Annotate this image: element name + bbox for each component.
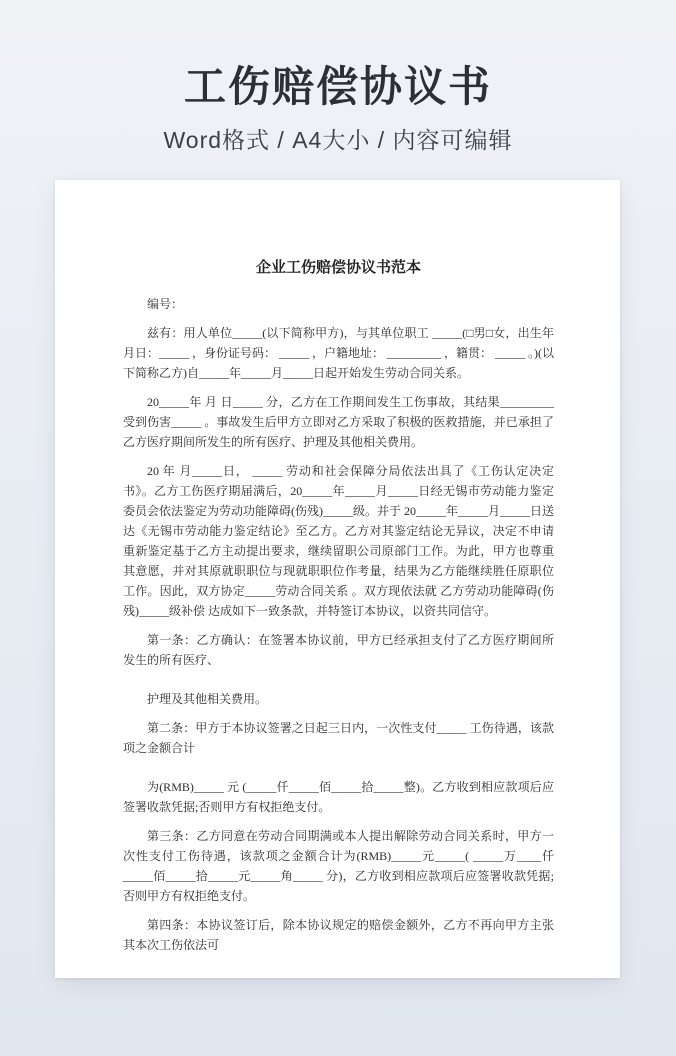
doc-paragraph-article-2-amount: 为(RMB)_____ 元 (_____仟_____佰_____拾_____整)…: [123, 777, 554, 817]
document-page: 企业工伤赔偿协议书范本 编号： 兹有：用人单位_____(以下简称甲方)，与其单…: [55, 180, 620, 978]
doc-heading: 企业工伤赔偿协议书范本: [123, 258, 554, 278]
doc-paragraph-accident: 20_____年 月 日_____ 分，乙方在工作期间发生工伤事故，其结果___…: [123, 392, 554, 452]
doc-paragraph-article-1: 第一条：乙方确认：在签署本协议前，甲方已经承担支付了乙方医疗期间所发生的所有医疗…: [123, 630, 554, 670]
doc-paragraph-article-4: 第四条：本协议签订后，除本协议规定的赔偿金额外，乙方不再向甲方主张其本次工伤依法…: [123, 915, 554, 955]
template-title: 工伤赔偿协议书: [0, 64, 676, 110]
doc-paragraph-number-label: 编号：: [123, 294, 554, 314]
doc-paragraph-article-3: 第三条：乙方同意在劳动合同期满或本人提出解除劳动合同关系时，甲方一次性支付工伤待…: [123, 826, 554, 906]
template-subtitle: Word格式 / A4大小 / 内容可编辑: [0, 122, 676, 155]
doc-paragraph-parties: 兹有：用人单位_____(以下简称甲方)，与其单位职工 _____(□男□女，出…: [123, 323, 554, 383]
doc-paragraph-article-2: 第二条：甲方于本协议签署之日起三日内，一次性支付_____ 工伤待遇，该款项之金…: [123, 718, 554, 758]
doc-paragraph-article-1-cont: 护理及其他相关费用。: [123, 689, 554, 709]
template-header: 工伤赔偿协议书 Word格式 / A4大小 / 内容可编辑: [0, 0, 676, 180]
document-body: 企业工伤赔偿协议书范本 编号： 兹有：用人单位_____(以下简称甲方)，与其单…: [123, 258, 554, 955]
doc-paragraph-appraisal: 20 年 月_____日， _____ 劳动和社会保障分局依法出具了《工伤认定决…: [123, 461, 554, 621]
